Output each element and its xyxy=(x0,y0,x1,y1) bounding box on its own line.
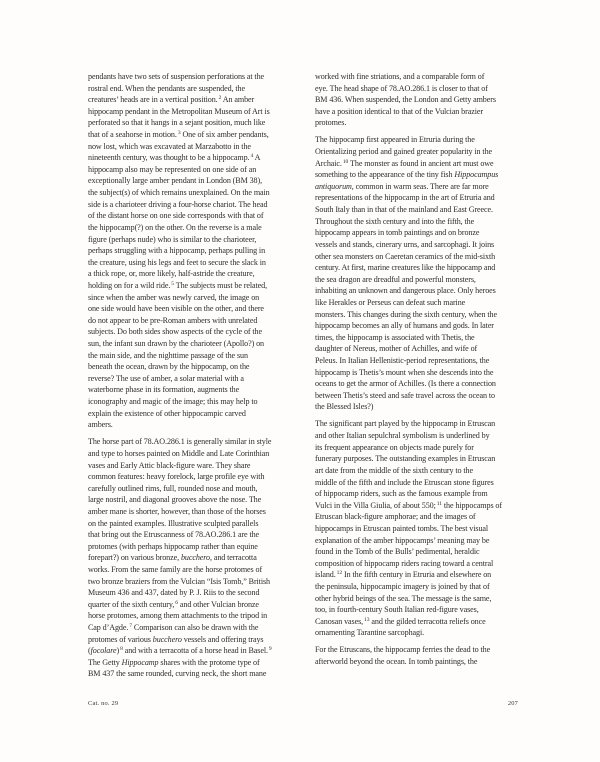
text-line: The hippocamp first appeared in Etruria … xyxy=(315,134,529,146)
text-line: that bring out the Etruscanness of 78.AO… xyxy=(88,529,302,541)
text-line: representations of the hippocamp in the … xyxy=(315,192,529,204)
paragraph: pendants have two sets of suspension per… xyxy=(88,71,302,431)
text-line: and type to horses painted on Middle and… xyxy=(88,448,302,460)
text-line: South Italy than in that of the mainland… xyxy=(315,204,529,216)
text-line: antiquorum, common in warm seas. There a… xyxy=(315,181,529,193)
text-line: hippocamps in Etruscan painted tombs. Th… xyxy=(315,523,529,535)
text-line: For the Etruscans, the hippocamp ferries… xyxy=(315,644,529,656)
text-line: The Getty Hippocamp shares with the prot… xyxy=(88,657,302,669)
text-line: the hippocamp(?) on the other. On the re… xyxy=(88,222,302,234)
text-column-left: pendants have two sets of suspension per… xyxy=(88,71,302,685)
text-line: Etruscan black-figure amphorae; and the … xyxy=(315,511,529,523)
text-line: middle of the fifth and include the Etru… xyxy=(315,477,529,489)
text-line: of hippocamp riders, such as the famous … xyxy=(315,488,529,500)
footnote-reference: 9 xyxy=(268,646,272,652)
text-line: art date from the middle of the sixth ce… xyxy=(315,465,529,477)
text-column-right: worked with fine striations, and a compa… xyxy=(315,71,529,673)
text-line: ambers. xyxy=(88,419,302,431)
text-line: that of a seahorse in motion.3 One of si… xyxy=(88,129,302,141)
text-line: do not appear to be pre-Roman ambers wit… xyxy=(88,315,302,327)
text-line: protomes (with perhaps hippocamp rather … xyxy=(88,541,302,553)
text-line: amber mane is shorter, however, than tho… xyxy=(88,506,302,518)
text-line: between Thetis’s steed and safe travel a… xyxy=(315,390,529,402)
text-line: the creature, using his legs and feet to… xyxy=(88,257,302,269)
text-line: Archaic.10 The monster as found in ancie… xyxy=(315,158,529,170)
text-line: two bronze braziers from the Vulcian “Is… xyxy=(88,576,302,588)
paragraph: The significant part played by the hippo… xyxy=(315,418,529,639)
paragraph: The hippocamp first appeared in Etruria … xyxy=(315,134,529,413)
footer-page-number: 207 xyxy=(315,700,518,707)
text-line: one side would have been visible on the … xyxy=(88,303,302,315)
text-line: now lost, which was excavated at Marzabo… xyxy=(88,141,302,153)
footnote-reference: 13 xyxy=(363,617,369,623)
text-line: hippocamp appears in tomb paintings and … xyxy=(315,227,529,239)
text-line: afterworld beyond the ocean. In tomb pai… xyxy=(315,656,529,668)
text-line: explain the existence of other hippocamp… xyxy=(88,408,302,420)
paragraph: The horse part of 78.AO.286.1 is general… xyxy=(88,436,302,680)
text-line: waterborne phase in its formation, augme… xyxy=(88,384,302,396)
text-line: exceptionally large amber pendant in Lon… xyxy=(88,175,302,187)
text-line: large nostril, and diagonal grooves abov… xyxy=(88,494,302,506)
paragraph: For the Etruscans, the hippocamp ferries… xyxy=(315,644,529,667)
text-line: hippocamp also may be represented on one… xyxy=(88,164,302,176)
text-line: BM 436. When suspended, the London and G… xyxy=(315,94,529,106)
text-line: perforated so that it hangs in a sejant … xyxy=(88,117,302,129)
text-line: Canosan vases,13 and the gilded terracot… xyxy=(315,616,529,628)
text-line: figure (perhaps nude) who is similar to … xyxy=(88,234,302,246)
text-line: (focolare)8 and with a terracotta of a h… xyxy=(88,645,302,657)
paragraph: worked with fine striations, and a compa… xyxy=(315,71,529,129)
text-line: explanation of the amber hippocamps’ mea… xyxy=(315,535,529,547)
text-line: hippocamp pendant in the Metropolitan Mu… xyxy=(88,106,302,118)
footnote-reference: 11 xyxy=(436,501,442,507)
text-line: the main side, and the nighttime passage… xyxy=(88,350,302,362)
footer-catalog-number: Cat. no. 29 xyxy=(88,700,118,707)
text-line: something to the appearance of the tiny … xyxy=(315,169,529,181)
text-line: protomes. xyxy=(315,117,529,129)
text-line: vessels and stands, cinerary urns, and s… xyxy=(315,239,529,251)
footnote-reference: 7 xyxy=(128,623,132,629)
text-line: BM 437 the same rounded, curving neck, t… xyxy=(88,668,302,680)
text-line: monsters. This changes during the sixth … xyxy=(315,309,529,321)
footnote-reference: 6 xyxy=(174,600,178,606)
text-line: and other Italian sepulchral symbolism i… xyxy=(315,430,529,442)
text-line: The horse part of 78.AO.286.1 is general… xyxy=(88,436,302,448)
text-line: of the distant horse on one side corresp… xyxy=(88,210,302,222)
text-line: other hybrid beings of the sea. The mess… xyxy=(315,593,529,605)
text-line: iconography and magic of the image; this… xyxy=(88,396,302,408)
footnote-reference: 12 xyxy=(336,570,342,576)
text-line: since when the amber was newly carved, t… xyxy=(88,292,302,304)
text-line: like Herakles or Perseus can defeat such… xyxy=(315,297,529,309)
text-line: quarter of the sixth century,6 and other… xyxy=(88,599,302,611)
catalog-page: pendants have two sets of suspension per… xyxy=(0,0,600,762)
text-line: oceans to get the armor of Achilles. (Is… xyxy=(315,378,529,390)
text-line: eye. The head shape of 78.AO.286.1 is cl… xyxy=(315,83,529,95)
text-line: beneath the ocean, drawn by the hippocam… xyxy=(88,361,302,373)
text-line: hippocamp becomes an ally of humans and … xyxy=(315,320,529,332)
text-line: Orientalizing period and gained greater … xyxy=(315,146,529,158)
footnote-reference: 2 xyxy=(218,95,222,101)
text-line: creatures’ heads are in a vertical posit… xyxy=(88,94,302,106)
text-line: works. From the same family are the hors… xyxy=(88,564,302,576)
text-line: other sea monsters on Caeretan ceramics … xyxy=(315,251,529,263)
text-line: on the painted examples. Illustrative sc… xyxy=(88,518,302,530)
text-line: Museum 436 and 437, dated by P. J. Riis … xyxy=(88,587,302,599)
text-line: a thick rope, or, more likely, half-astr… xyxy=(88,268,302,280)
text-line: sun, the infant sun drawn by the chariot… xyxy=(88,338,302,350)
text-line: Cap d’Agde.7 Comparison can also be draw… xyxy=(88,622,302,634)
text-line: worked with fine striations, and a compa… xyxy=(315,71,529,83)
text-line: The significant part played by the hippo… xyxy=(315,418,529,430)
text-line: vases and Early Attic black-figure ware.… xyxy=(88,460,302,472)
text-line: forepart?) on various bronze, bucchero, … xyxy=(88,552,302,564)
text-line: century. At first, marine creatures like… xyxy=(315,262,529,274)
footnote-reference: 4 xyxy=(249,153,253,159)
text-line: times, the hippocamp is associated with … xyxy=(315,332,529,344)
footnote-reference: 8 xyxy=(119,646,123,652)
text-line: its frequent appearance on objects made … xyxy=(315,442,529,454)
text-line: have a position identical to that of the… xyxy=(315,106,529,118)
text-line: the peninsula, hippocampic imagery is jo… xyxy=(315,581,529,593)
text-line: island.12 In the fifth century in Etruri… xyxy=(315,569,529,581)
text-line: Peleus. In Italian Hellenistic-period re… xyxy=(315,355,529,367)
text-line: hippocamp is Thetis’s mount when she des… xyxy=(315,367,529,379)
text-line: the subject(s) of which remains unexplai… xyxy=(88,187,302,199)
text-line: found in the Tomb of the Bulls’ pediment… xyxy=(315,546,529,558)
text-line: nineteenth century, was thought to be a … xyxy=(88,152,302,164)
text-line: the sea dragon are dreadful and powerful… xyxy=(315,274,529,286)
footnote-reference: 3 xyxy=(177,130,181,136)
text-line: Throughout the sixth century and into th… xyxy=(315,216,529,228)
text-line: Vulci in the Villa Giulia, of about 550;… xyxy=(315,500,529,512)
text-line: protomes of various bucchero vessels and… xyxy=(88,634,302,646)
text-line: rostral end. When the pendants are suspe… xyxy=(88,83,302,95)
text-line: carefully outlined rims, full, rounded n… xyxy=(88,483,302,495)
text-line: perhaps struggling with a hippocamp, per… xyxy=(88,245,302,257)
footnote-reference: 10 xyxy=(342,159,348,165)
text-line: horse protomes, among them attachments t… xyxy=(88,610,302,622)
text-line: common features: heavy forelock, large p… xyxy=(88,471,302,483)
text-line: too, in fourth-century South Italian red… xyxy=(315,604,529,616)
text-line: subjects. Do both sides show aspects of … xyxy=(88,326,302,338)
text-line: daughter of Nereus, mother of Achilles, … xyxy=(315,343,529,355)
text-line: composition of hippocamp riders racing t… xyxy=(315,558,529,570)
text-line: reverse? The use of amber, a solar mater… xyxy=(88,373,302,385)
text-line: ornamenting Tarantine sarcophagi. xyxy=(315,627,529,639)
text-line: funerary purposes. The outstanding examp… xyxy=(315,453,529,465)
footnote-reference: 5 xyxy=(170,281,174,287)
text-line: holding on for a wild ride.5 The subject… xyxy=(88,280,302,292)
text-line: inhabiting an unknown and dangerous plac… xyxy=(315,285,529,297)
text-line: side is a charioteer driving a four-hors… xyxy=(88,199,302,211)
text-line: the Blessed Isles?) xyxy=(315,401,529,413)
text-line: pendants have two sets of suspension per… xyxy=(88,71,302,83)
